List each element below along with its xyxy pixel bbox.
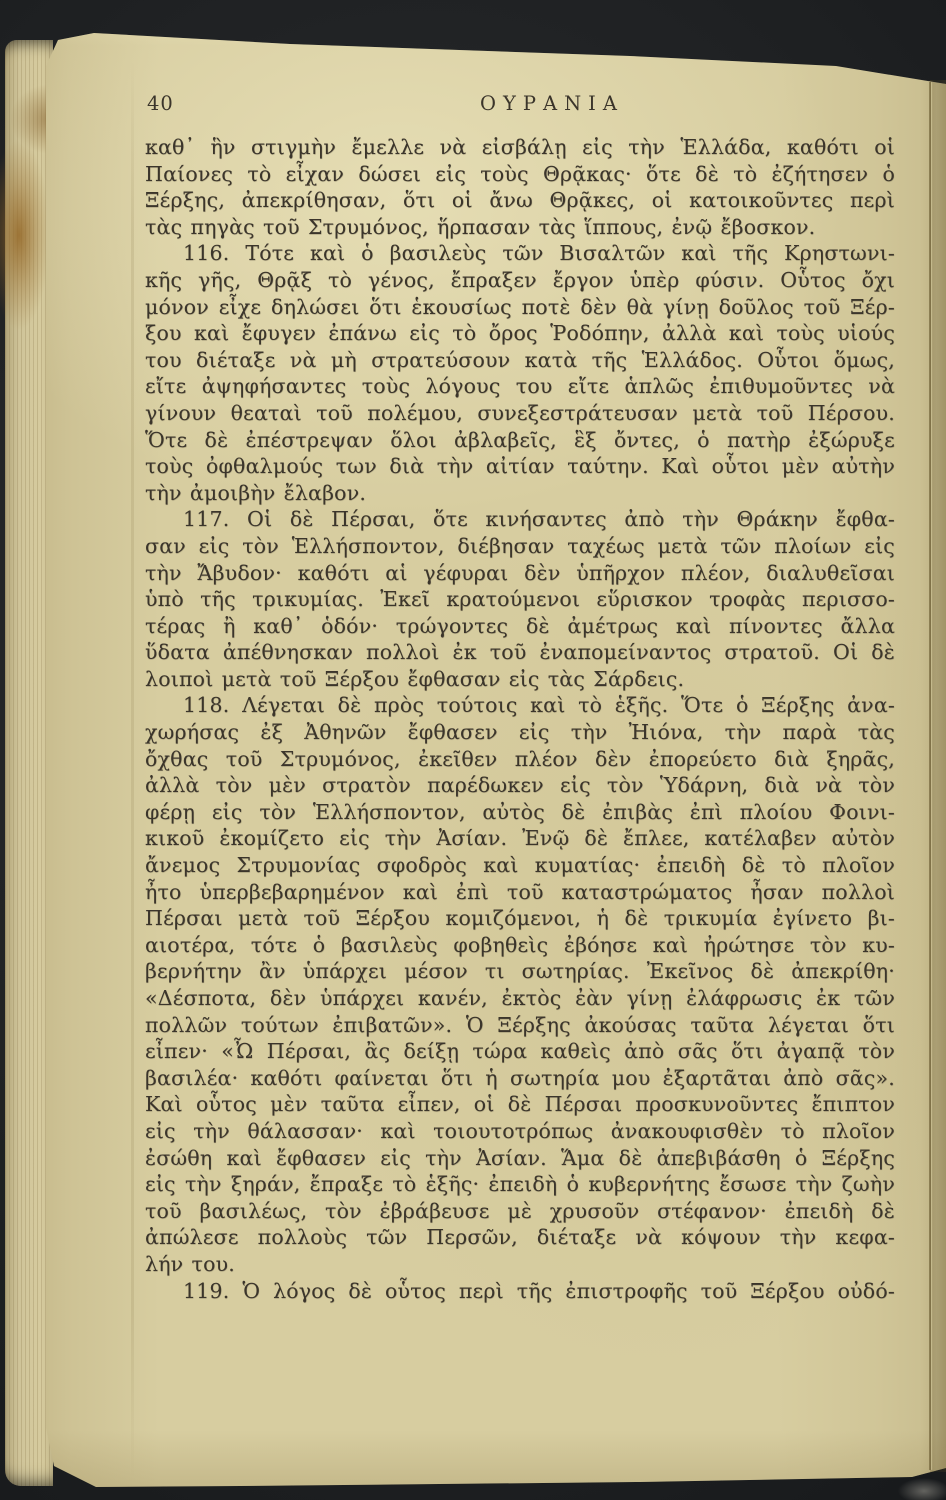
- text-line: τοῦ βασιλέως, τὸν ἐβράβευσε μὲ χρυσοῦν σ…: [145, 1198, 895, 1225]
- text-line: Ξέρξης, ἀπεκρίθησαν, ὅτι οἱ ἄνω Θρᾷκες, …: [145, 187, 895, 214]
- text-line: «Δέσποτα, δὲν ὑπάρχει κανέν, ἐκτὸς ἐὰν γ…: [145, 985, 895, 1012]
- text-line: μόνον εἶχε δηλώσει ὅτι ἑκουσίως ποτὲ δὲν…: [145, 294, 895, 321]
- page-number: 40: [147, 92, 174, 116]
- text-line: κῆς γῆς, Θρᾷξ τὸ γένος, ἔπραξεν ἔργον ὑπ…: [145, 267, 895, 294]
- text-line: φέρῃ εἰς τὸν Ἑλλήσποντον, αὐτὸς δὲ ἐπιβὰ…: [145, 799, 895, 826]
- text-line: χωρήσας ἐξ Ἀθηνῶν ἔφθασεν εἰς τὴν Ἠιόνα,…: [145, 719, 895, 746]
- text-line: ἐσώθη καὶ ἔφθασεν εἰς τὴν Ἀσίαν. Ἅμα δὲ …: [145, 1145, 895, 1172]
- text-line: γίνουν θεαταὶ τοῦ πολέμου, συνεξεστράτευ…: [145, 400, 895, 427]
- text-line: τὴν ἀμοιβὴν ἔλαβον.: [145, 480, 895, 507]
- text-line: του διέταξε νὰ μὴ στρατεύσουν κατὰ τῆς Ἑ…: [145, 347, 895, 374]
- scanned-book-page: 40 ΟΥΡΑΝΙΑ καθ᾽ ἣν στιγμὴν ἔμελλε νὰ εἰσ…: [0, 0, 946, 1500]
- text-line: τὴν Ἄβυδον· καθότι αἱ γέφυραι δὲν ὑπῆρχο…: [145, 560, 895, 587]
- inner-fold-line: [131, 60, 134, 1480]
- text-line: κικοῦ ἐκομίζετο εἰς τὴν Ἀσίαν. Ἐνῷ δὲ ἔπ…: [145, 825, 895, 852]
- text-line: ὄχθας τοῦ Στρυμόνος, ἐκεῖθεν πλέον δὲν ἐ…: [145, 746, 895, 773]
- text-line: τέρας ἢ καθ᾽ ὁδόν· τρώγοντες δὲ ἀμέτρως …: [145, 613, 895, 640]
- text-line: ξου καὶ ἔφυγεν ἐπάνω εἰς τὸ ὄρος Ῥοδόπην…: [145, 320, 895, 347]
- text-line: 116. Τότε καὶ ὁ βασιλεὺς τῶν Βισαλτῶν κα…: [145, 240, 895, 267]
- text-line: αιοτέρα, τότε ὁ βασιλεὺς φοβηθεὶς ἐβόησε…: [145, 932, 895, 959]
- running-head: ΟΥΡΑΝΙΑ: [177, 92, 927, 116]
- text-line: ἦτο ὑπερβεβαρημένον καὶ ἐπὶ τοῦ καταστρώ…: [145, 879, 895, 906]
- dust-speck: [898, 1478, 946, 1500]
- printed-area: 40 ΟΥΡΑΝΙΑ καθ᾽ ἣν στιγμὴν ἔμελλε νὰ εἰσ…: [145, 92, 895, 1304]
- gutter-shade: [930, 80, 946, 1472]
- text-line: Πέρσαι μετὰ τοῦ Ξέρξου κομιζόμενοι, ἡ δὲ…: [145, 905, 895, 932]
- text-line: βερνήτην ἂν ὑπάρχει μέσον τι σωτηρίας. Ἐ…: [145, 958, 895, 985]
- text-line: 117. Οἱ δὲ Πέρσαι, ὅτε κινήσαντες ἀπὸ τὴ…: [145, 506, 895, 533]
- text-line: ἄνεμος Στρυμονίας σφοδρὸς καὶ κυματίας· …: [145, 852, 895, 879]
- page-body: καθ᾽ ἣν στιγμὴν ἔμελλε νὰ εἰσβάλῃ εἰς τὴ…: [145, 134, 895, 1304]
- text-line: ἀλλὰ τὸν μὲν στρατὸν παρέδωκεν εἰς τὸν Ὑ…: [145, 772, 895, 799]
- text-line: Παίονες τὸ εἶχαν δώσει εἰς τοὺς Θρᾷκας· …: [145, 161, 895, 188]
- page-header: 40 ΟΥΡΑΝΙΑ: [145, 92, 895, 116]
- text-line: τὰς πηγὰς τοῦ Στρυμόνος, ἥρπασαν τὰς ἵππ…: [145, 214, 895, 241]
- text-line: ἀπώλεσε πολλοὺς τῶν Περσῶν, διέταξε νὰ κ…: [145, 1224, 895, 1251]
- text-line: λήν του.: [145, 1251, 895, 1278]
- text-line: εἰς τὴν θάλασσαν· καὶ τοιουτοτρόπως ἀνακ…: [145, 1118, 895, 1145]
- text-line: καθ᾽ ἣν στιγμὴν ἔμελλε νὰ εἰσβάλῃ εἰς τὴ…: [145, 134, 895, 161]
- text-line: τοὺς ὀφθαλμούς των διὰ τὴν αἰτίαν ταύτην…: [145, 453, 895, 480]
- text-line: ὑπὸ τῆς τρικυμίας. Ἐκεῖ κρατούμενοι εὕρι…: [145, 586, 895, 613]
- text-line: βασιλέα· καθότι φαίνεται ὅτι ἡ σωτηρία μ…: [145, 1065, 895, 1092]
- text-line: λοιποὶ μετὰ τοῦ Ξέρξου ἔφθασαν εἰς τὰς Σ…: [145, 666, 895, 693]
- text-line: ὕδατα ἀπέθνησκαν πολλοὶ ἐκ τοῦ ἐναπομείν…: [145, 639, 895, 666]
- text-line: 119. Ὁ λόγος δὲ οὗτος περὶ τῆς ἐπιστροφῆ…: [145, 1278, 895, 1305]
- text-line: 118. Λέγεται δὲ πρὸς τούτοις καὶ τὸ ἑξῆς…: [145, 692, 895, 719]
- text-line: σαν εἰς τὸν Ἑλλήσποντον, διέβησαν ταχέως…: [145, 533, 895, 560]
- text-line: πολλῶν τούτων ἐπιβατῶν». Ὁ Ξέρξης ἀκούσα…: [145, 1012, 895, 1039]
- gutter-crease: [929, 82, 931, 1470]
- text-line: εἴτε ἀψηφήσαντες τοὺς λόγους του εἴτε ἁπ…: [145, 373, 895, 400]
- text-line: Ὅτε δὲ ἐπέστρεψαν ὅλοι ἀβλαβεῖς, ἓξ ὄντε…: [145, 427, 895, 454]
- text-line: εἶπεν· «Ὦ Πέρσαι, ἂς δείξῃ τώρα καθεὶς ἀ…: [145, 1038, 895, 1065]
- text-line: εἰς τὴν ξηράν, ἔπραξε τὸ ἑξῆς· ἐπειδὴ ὁ …: [145, 1171, 895, 1198]
- text-line: Καὶ οὗτος μὲν ταῦτα εἶπεν, οἱ δὲ Πέρσαι …: [145, 1091, 895, 1118]
